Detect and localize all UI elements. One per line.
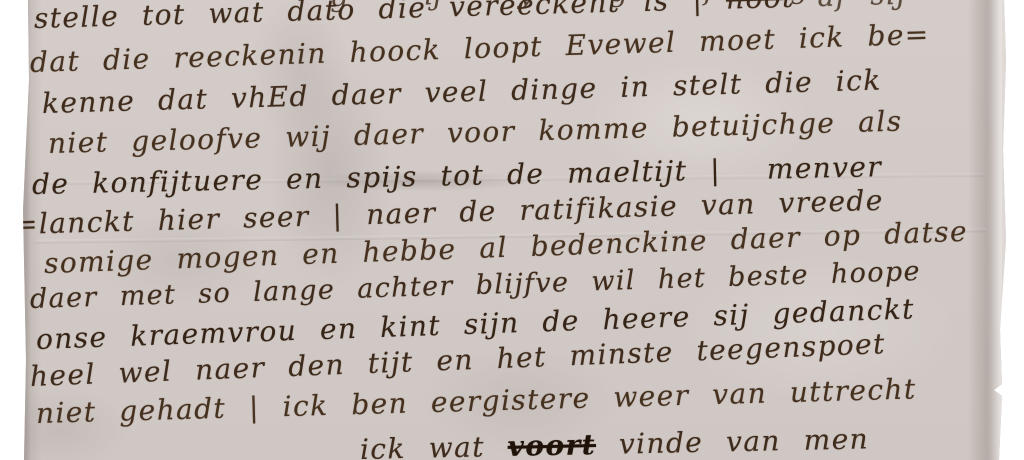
line-text: af sij (794, 0, 907, 14)
paper-fold-edge (968, 0, 1002, 460)
letter-paper: g ij y g f g stelle tot wat dato die ver… (0, 0, 1024, 460)
struck-word: noot (726, 0, 796, 16)
manuscript-scan: g ij y g f g stelle tot wat dato die ver… (0, 0, 1024, 460)
struck-word: voort (507, 428, 596, 460)
manuscript-line-clipped-bottom: ick wat voort vinde van men (360, 422, 870, 460)
line-text: vinde van men (596, 422, 870, 460)
line-text: ick wat (360, 430, 508, 460)
